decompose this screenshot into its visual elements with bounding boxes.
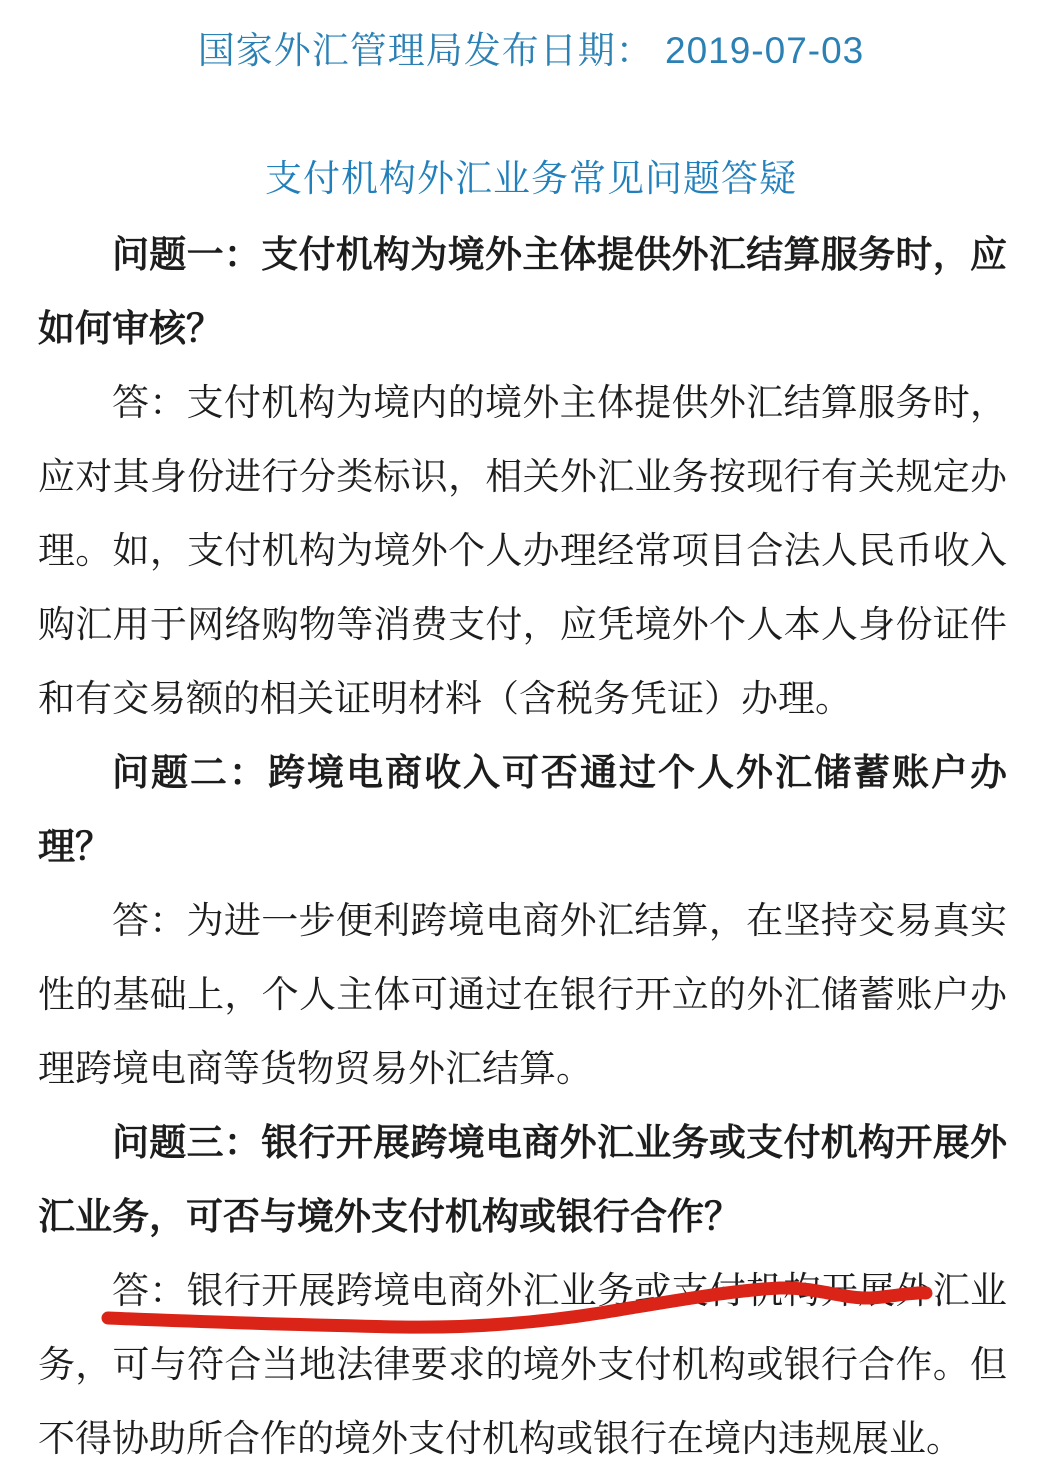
question-3: 问题三：银行开展跨境电商外汇业务或支付机构开展外汇业务，可否与境外支付机构或银行… xyxy=(38,1106,1007,1254)
document-title: 支付机构外汇业务常见问题答疑 xyxy=(0,157,1062,201)
document-page: 国家外汇管理局发布日期： 2019-07-03 支付机构外汇业务常见问题答疑 问… xyxy=(0,0,1062,1481)
document-body: 问题一：支付机构为境外主体提供外汇结算服务时，应如何审核？ 答：支付机构为境内的… xyxy=(38,218,1007,1476)
question-2: 问题二：跨境电商收入可否通过个人外汇储蓄账户办理？ xyxy=(38,736,1007,884)
question-1: 问题一：支付机构为境外主体提供外汇结算服务时，应如何审核？ xyxy=(38,218,1007,366)
answer-2: 答：为进一步便利跨境电商外汇结算，在坚持交易真实性的基础上，个人主体可通过在银行… xyxy=(38,884,1007,1106)
answer-1: 答：支付机构为境内的境外主体提供外汇结算服务时，应对其身份进行分类标识，相关外汇… xyxy=(38,366,1007,736)
publisher-date-header: 国家外汇管理局发布日期： 2019-07-03 xyxy=(0,0,1062,73)
answer-3: 答：银行开展跨境电商外汇业务或支付机构开展外汇业务，可与符合当地法律要求的境外支… xyxy=(38,1254,1007,1476)
